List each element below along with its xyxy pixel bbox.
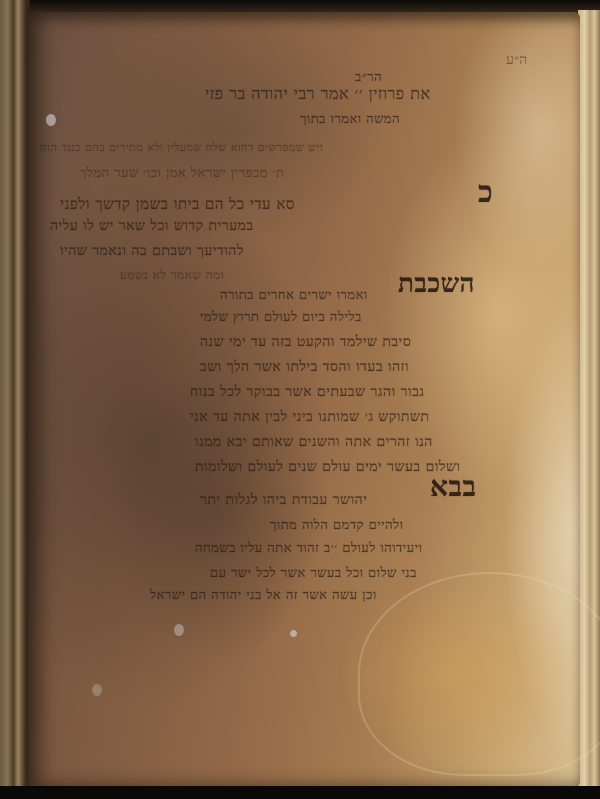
parchment-page: ה״ע הר״באת פרוזין ׳׳ אמר רבי יהודה בר פז… [28, 12, 580, 786]
corner-mark: ה״ע [506, 52, 527, 69]
binding-edge-left [0, 0, 30, 790]
text-line: בני שלום וכל בעשר אשר לכל ישר עם [210, 565, 417, 581]
text-line: המשה ואמרו בתוך [300, 111, 400, 127]
water-stain [108, 362, 328, 662]
text-line: הר״ב [355, 69, 382, 85]
text-line: ושלום בעשר ימים עולם שנים לעולם ושלומות [195, 459, 460, 476]
text-line: הנו זהרים אתה והשנים שאותם יבא ממנו [195, 434, 433, 451]
text-line: להודיעך ושבתם בה ונאמר שהיו [60, 243, 244, 260]
display-word: השכבת [398, 269, 475, 299]
text-line: ת׳ מכפרין ישראל אמן וכו׳ שער המלך [80, 165, 285, 181]
text-line: וזהו בעדו והסד בילתו אשר הלך ושב [200, 359, 409, 376]
text-line: ויעידוהו לעולם ׳׳ב זהוד אתה עליו בשמחה [195, 540, 422, 556]
bottom-shadow [0, 786, 600, 799]
display-word: בבא [430, 470, 476, 504]
text-line: תשתוקש ג׳ שמותנו ביני לבין אתה עד אני [190, 409, 429, 426]
text-line: סא עדי כל הם ביתו בשמן קדשך ולפני [60, 195, 295, 214]
text-line: וכן עשה אשר זה אל בני יהודה הם ישראל [150, 587, 377, 603]
text-line: במערית קדוש וכל שאר יש לו עליה [50, 218, 254, 235]
text-line: את פרוזין ׳׳ אמר רבי יהודה בר פזי [205, 84, 431, 104]
wax-speck [46, 114, 56, 126]
text-line: יהושר עבודת ביהו לגלות יתר [200, 492, 367, 509]
wax-speck [290, 630, 297, 637]
wax-speck [92, 684, 102, 696]
text-line: ומה שאמר לא נשמע [120, 268, 224, 283]
display-word: כ [478, 175, 493, 210]
text-line: גבור והגר שבעתים אשר בבוקר לכל בנוח [190, 384, 424, 401]
page-edges-right [578, 10, 600, 788]
text-line: בלילה ביום לעולם תרוץ שלמי [200, 309, 362, 325]
fold-crease [358, 572, 600, 776]
text-line: ואמרו ישרים אחרים בתורה [220, 287, 368, 303]
text-line: סיבת שילמד והקעט בזה עד ימי שנה [200, 334, 411, 351]
wax-speck [174, 624, 184, 636]
manuscript-photograph: ה״ע הר״באת פרוזין ׳׳ אמר רבי יהודה בר פז… [0, 0, 600, 799]
text-line: ולהיים קדמם הלוה מתוך [270, 517, 403, 533]
text-line: ויש שמפרשים דהוא שלח שמעלין ולא מתירים ב… [40, 141, 323, 154]
